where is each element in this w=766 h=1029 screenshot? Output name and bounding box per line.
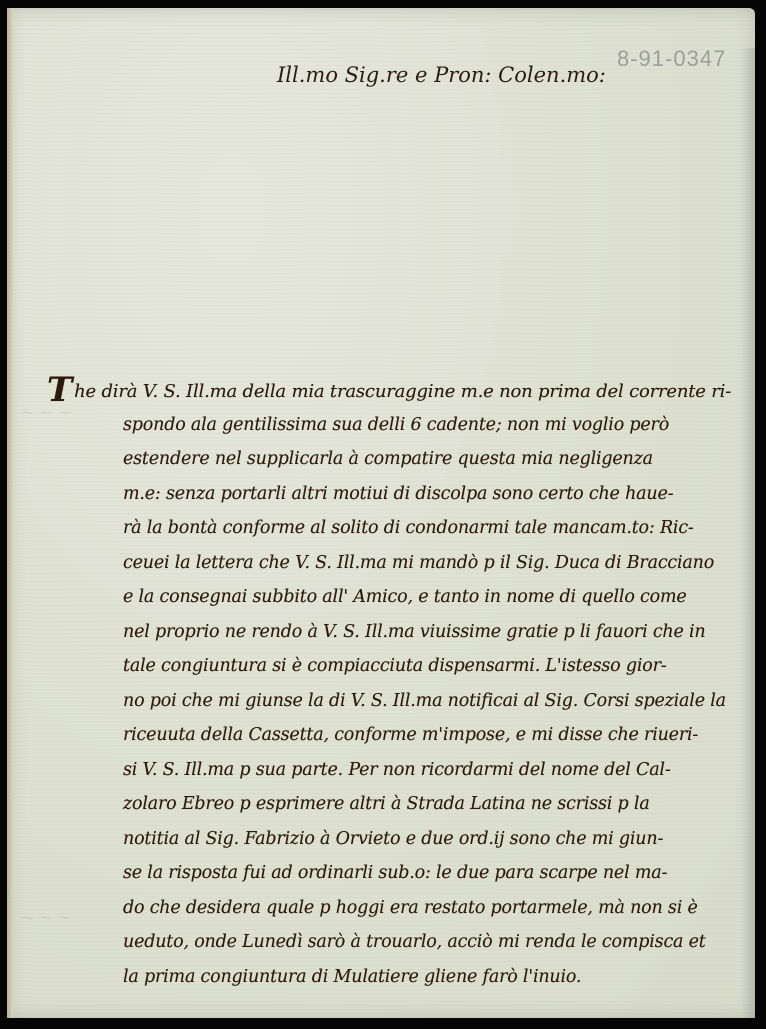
letter-line: no poi che mi giunse la di V. S. Ill.ma … [47, 686, 747, 721]
salutation-heading: Ill.mo Sig.re e Pron: Colen.mo: [277, 63, 606, 87]
letter-line: rà la bontà conforme al solito di condon… [47, 513, 747, 548]
letter-line: tale congiuntura si è compiacciuta dispe… [47, 651, 747, 686]
letter-line: notitia al Sig. Fabrizio à Orvieto e due… [47, 824, 747, 859]
letter-line: se la risposta fui ad ordinarli sub.o: l… [47, 858, 747, 893]
letter-line: do che desidera quale p hoggi era restat… [47, 893, 747, 928]
letter-line: m.e: senza portarli altri motiui di disc… [47, 479, 747, 514]
decorated-initial: T [47, 370, 72, 410]
letter-line: zolaro Ebreo p esprimere altri à Strada … [47, 789, 747, 824]
manuscript-page: 8-91-0347 Ill.mo Sig.re e Pron: Colen.mo… [7, 8, 755, 1018]
letter-line: estendere nel supplicarla à compatire qu… [47, 444, 747, 479]
letter-line: la prima congiuntura di Mulatiere gliene… [47, 962, 747, 997]
letter-line: nel proprio ne rendo à V. S. Ill.ma viui… [47, 617, 747, 652]
letter-line: e la consegnai subbito all' Amico, e tan… [47, 582, 747, 617]
archive-number: 8-91-0347 [617, 46, 726, 72]
letter-line: spondo ala gentilissima sua delli 6 cade… [47, 410, 747, 445]
letter-line: riceuuta della Cassetta, conforme m'impo… [47, 720, 747, 755]
letter-line: si V. S. Ill.ma p sua parte. Per non ric… [47, 755, 747, 790]
line-text: he dirà V. S. Ill.ma della mia trascurag… [74, 381, 731, 402]
letter-line: ceuei la lettera che V. S. Ill.ma mi man… [47, 548, 747, 583]
letter-line: The dirà V. S. Ill.ma della mia trascura… [47, 375, 747, 410]
letter-body: The dirà V. S. Ill.ma della mia trascura… [47, 375, 747, 996]
letter-line: ueduto, onde Lunedì sarò à trouarlo, acc… [47, 927, 747, 962]
